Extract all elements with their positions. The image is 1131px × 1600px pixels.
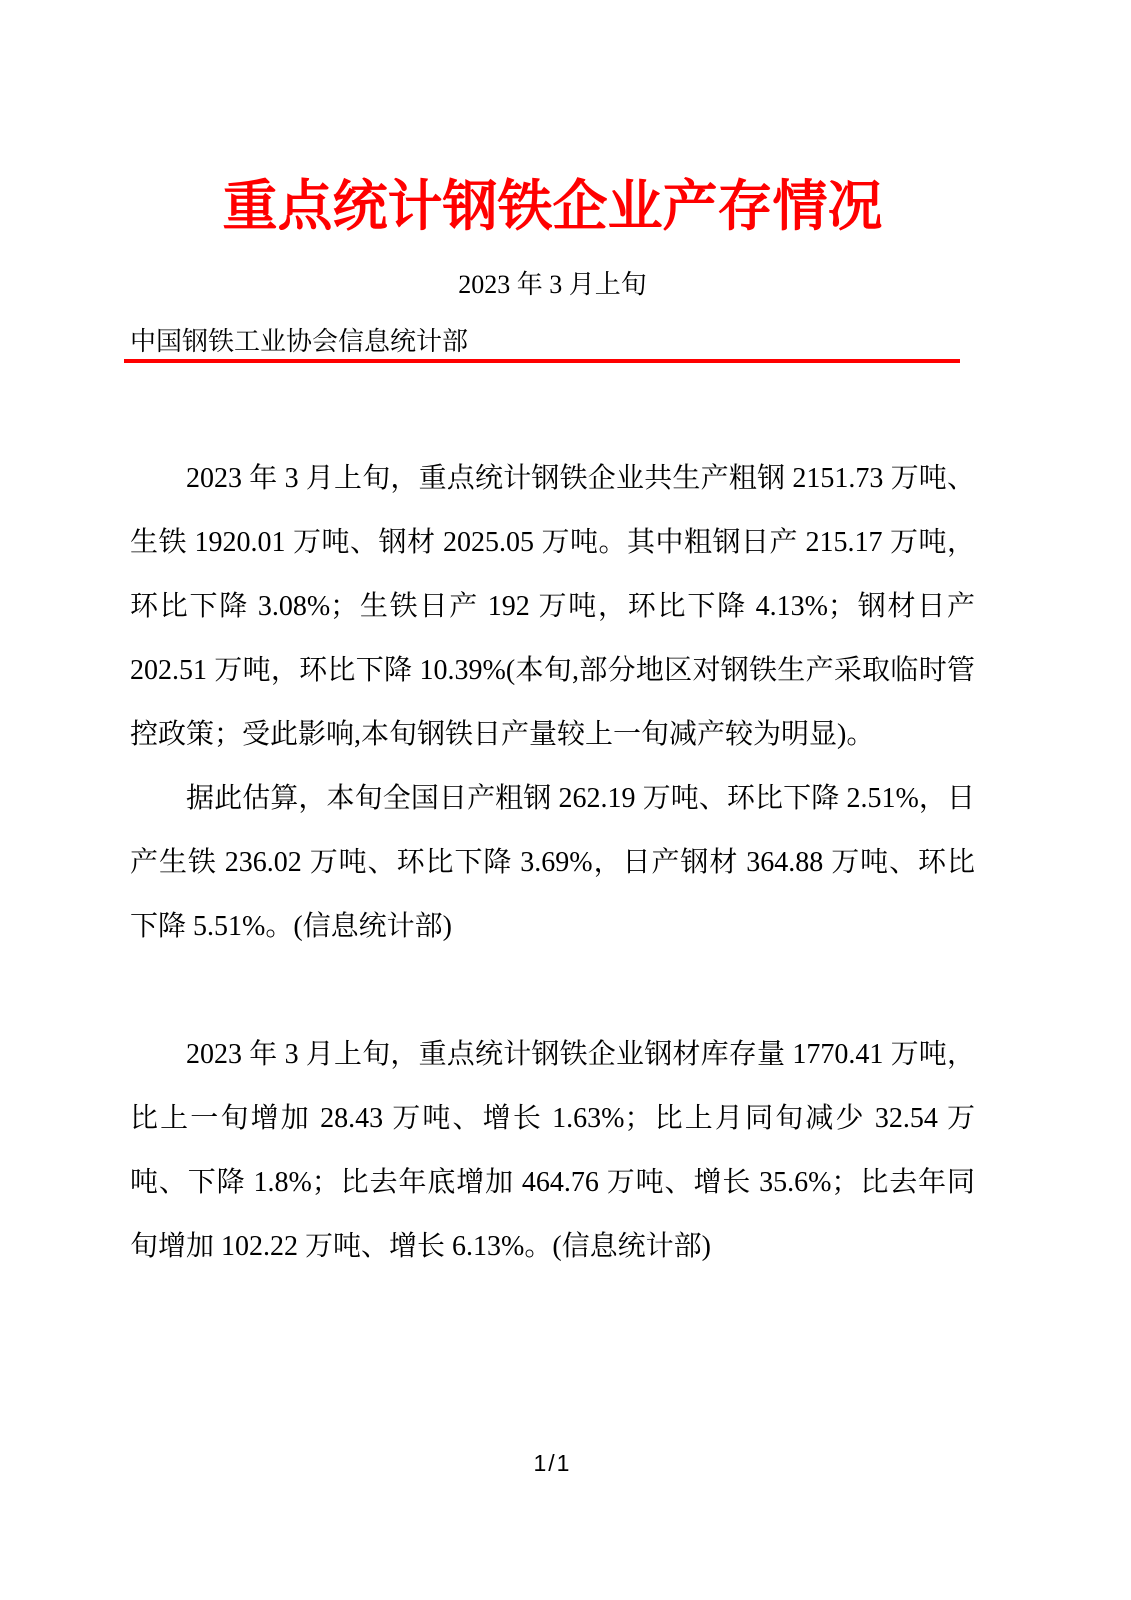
document-title: 重点统计钢铁企业产存情况 [130,172,975,240]
paragraph-national-estimate: 据此估算，本旬全国日产粗钢 262.19 万吨、环比下降 2.51%，日产生铁 … [130,767,975,959]
paragraph-inventory-stats: 2023 年 3 月上旬，重点统计钢铁企业钢材库存量 1770.41 万吨，比上… [130,1023,975,1279]
paragraph-production-stats: 2023 年 3 月上旬，重点统计钢铁企业共生产粗钢 2151.73 万吨、生铁… [130,447,975,767]
page-number: 1/1 [130,1449,975,1477]
header-divider-rule [124,359,960,363]
document-page: 重点统计钢铁企业产存情况 2023 年 3 月上旬 中国钢铁工业协会信息统计部 … [0,0,1131,1600]
document-body: 2023 年 3 月上旬，重点统计钢铁企业共生产粗钢 2151.73 万吨、生铁… [130,447,975,1279]
issuing-department: 中国钢铁工业协会信息统计部 [130,325,975,359]
report-period-subtitle: 2023 年 3 月上旬 [130,267,975,303]
